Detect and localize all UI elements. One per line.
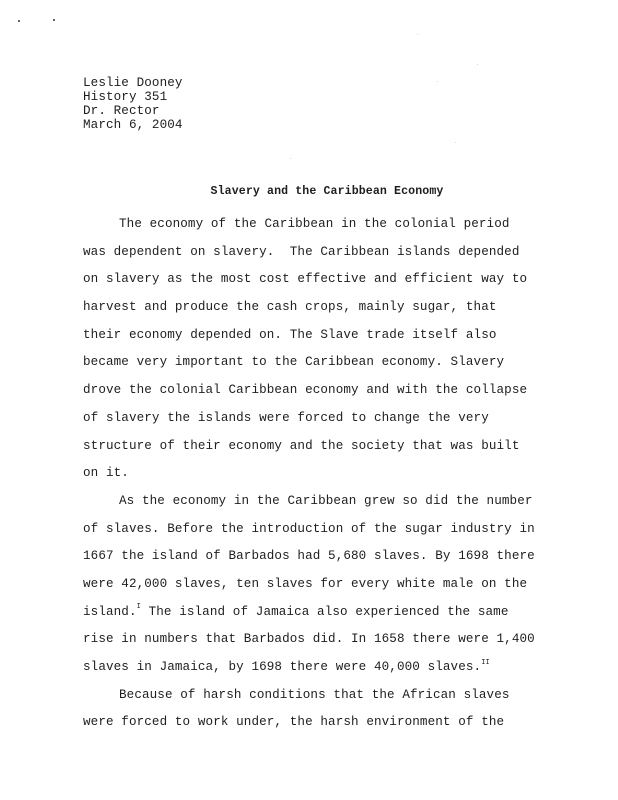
text-segment: island. <box>83 605 137 619</box>
text-line: of slavery the islands were forced to ch… <box>83 405 553 433</box>
text-line: was dependent on slavery. The Caribbean … <box>83 239 553 267</box>
document-title-row: Slavery and the Caribbean Economy <box>0 185 618 198</box>
course-name: History 351 <box>83 90 183 104</box>
scan-speck <box>290 158 291 159</box>
text-segment: slaves in Jamaica, by 1698 there were 40… <box>83 660 481 674</box>
text-line: 1667 the island of Barbados had 5,680 sl… <box>83 543 553 571</box>
document-date: March 6, 2004 <box>83 118 183 132</box>
text-line: structure of their economy and the socie… <box>83 433 553 461</box>
text-line: island.I The island of Jamaica also expe… <box>83 599 553 627</box>
paragraph: The economy of the Caribbean in the colo… <box>83 211 553 488</box>
text-line: slaves in Jamaica, by 1698 there were 40… <box>83 654 553 682</box>
text-line: were 42,000 slaves, ten slaves for every… <box>83 571 553 599</box>
text-line: As the economy in the Caribbean grew so … <box>83 488 553 516</box>
paragraph: Because of harsh conditions that the Afr… <box>83 682 553 737</box>
text-segment: The island of Jamaica also experienced t… <box>141 605 509 619</box>
author-name: Leslie Dooney <box>83 76 183 90</box>
scan-speck <box>477 64 478 65</box>
scan-speck <box>437 81 438 82</box>
instructor-name: Dr. Rector <box>83 104 183 118</box>
text-line: of slaves. Before the introduction of th… <box>83 516 553 544</box>
text-line: on slavery as the most cost effective an… <box>83 266 553 294</box>
text-line: their economy depended on. The Slave tra… <box>83 322 553 350</box>
scan-speck <box>455 142 456 143</box>
text-line: became very important to the Caribbean e… <box>83 349 553 377</box>
document-title: Slavery and the Caribbean Economy <box>211 185 444 198</box>
scan-speck <box>417 34 418 35</box>
text-line: The economy of the Caribbean in the colo… <box>83 211 553 239</box>
document-body: The economy of the Caribbean in the colo… <box>83 211 553 737</box>
text-line: were forced to work under, the harsh env… <box>83 709 553 737</box>
document-header: Leslie Dooney History 351 Dr. Rector Mar… <box>83 76 183 132</box>
text-line: rise in numbers that Barbados did. In 16… <box>83 626 553 654</box>
scan-speck <box>18 20 20 22</box>
footnote-marker: II <box>481 659 490 667</box>
paragraph: As the economy in the Caribbean grew so … <box>83 488 553 682</box>
text-line: harvest and produce the cash crops, main… <box>83 294 553 322</box>
scan-speck <box>53 19 55 21</box>
text-line: Because of harsh conditions that the Afr… <box>83 682 553 710</box>
text-line: drove the colonial Caribbean economy and… <box>83 377 553 405</box>
text-line: on it. <box>83 460 553 488</box>
footnote-marker: I <box>137 603 141 611</box>
